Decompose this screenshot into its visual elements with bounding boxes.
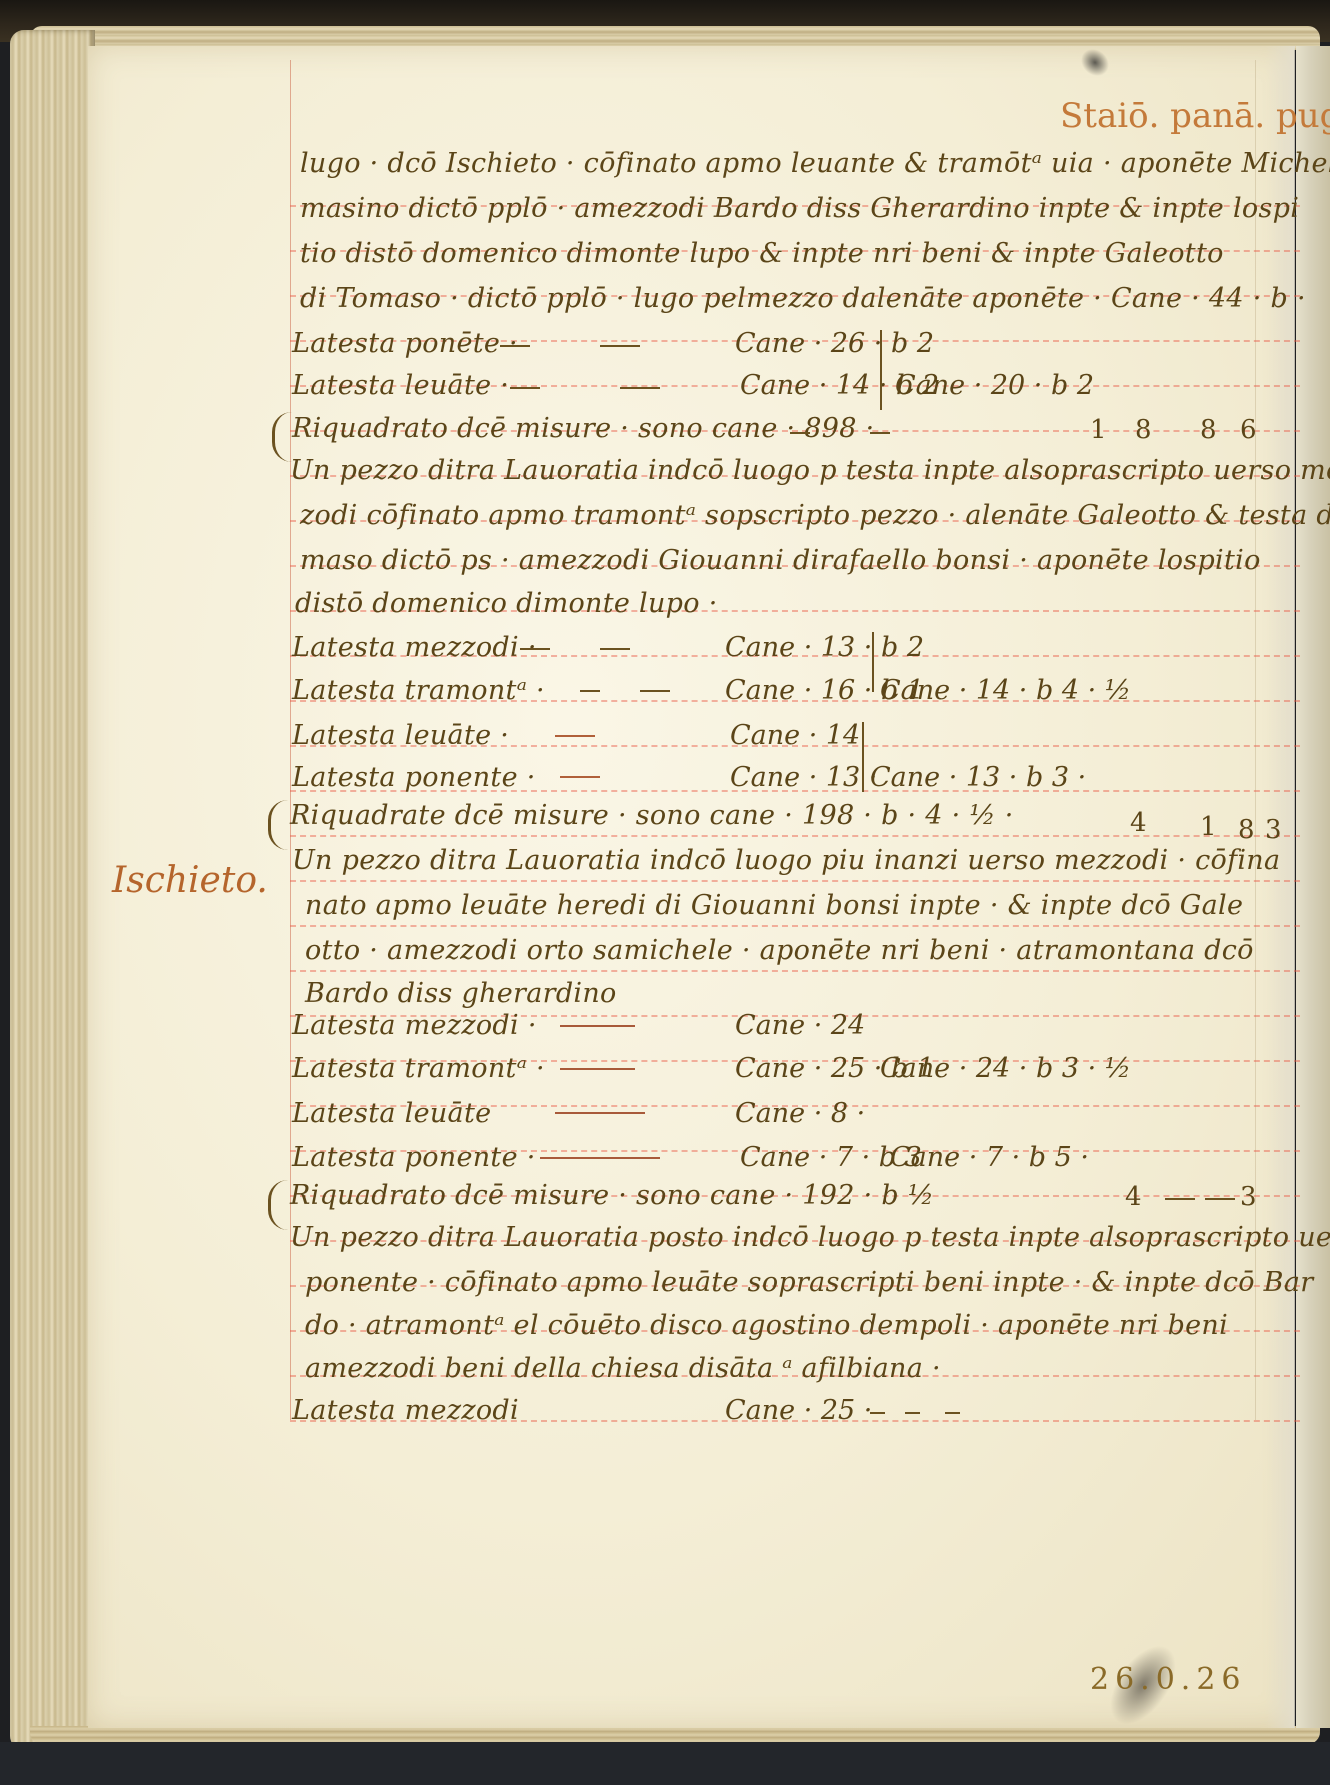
tally-value: 4 bbox=[1125, 1182, 1142, 1212]
measurement-combined: Cane · 20 · b 2 bbox=[895, 370, 1094, 401]
header-rubric: Staiō. panā. pugᵃ bᵃ bbox=[1060, 96, 1330, 136]
measurement-value: Cane · 14 bbox=[730, 720, 860, 751]
measurement-value: Cane · 13 · bbox=[730, 762, 877, 793]
tally-value: 6 bbox=[1240, 415, 1257, 445]
measurement-combined: Cane · 7 · b 5 · bbox=[890, 1142, 1089, 1173]
text-line: Bardo diss gherardino bbox=[305, 978, 617, 1009]
measurement-label: Latesta ponente · bbox=[292, 1142, 536, 1173]
measurement-label: Latesta leuāte · bbox=[292, 370, 509, 401]
text-line: tio distō domenico dimonte lupo & inpte … bbox=[300, 238, 1224, 269]
measurement-label: Latesta ponēte · bbox=[292, 328, 518, 359]
tally-value: 3 bbox=[1240, 1182, 1257, 1212]
tally-value: 4 bbox=[1130, 808, 1147, 838]
measurement-label: Latesta mezzodi · bbox=[292, 632, 537, 663]
margin-ruling-left bbox=[290, 60, 291, 1420]
background-surface bbox=[0, 1742, 1330, 1785]
measurement-combined: Cane · 14 · b 4 · ½ bbox=[880, 675, 1131, 706]
entry-summary: Riquadrato dcē misure · sono cane · 192 … bbox=[290, 1180, 934, 1211]
text-line: Un pezzo ditra Lauoratia indcō luogo piu… bbox=[292, 845, 1280, 876]
text-line: zodi cōfinato apmo tramontᵃ sopscripto p… bbox=[300, 500, 1330, 531]
measurement-value: Cane · 8 · bbox=[735, 1098, 865, 1129]
text-line: ponente · cōfinato apmo leuāte soprascri… bbox=[305, 1267, 1313, 1298]
entry-summary: Riquadrato dcē misure · sono cane · 898 … bbox=[292, 413, 874, 444]
text-line: maso dictō ps · amezzodi Giouanni dirafa… bbox=[300, 545, 1261, 576]
folio-number: 26.0.26 bbox=[1090, 1662, 1247, 1697]
measurement-label: Latesta mezzodi bbox=[292, 1395, 519, 1426]
text-line: distō domenico dimonte lupo · bbox=[295, 588, 718, 619]
text-line: amezzodi beni della chiesa disāta ᵃ afil… bbox=[305, 1353, 941, 1384]
text-line: do · atramontᵃ el cōuēto disco agostino … bbox=[305, 1310, 1228, 1341]
measurement-combined: Cane · 13 · b 3 · bbox=[870, 762, 1086, 793]
measurement-label: Latesta mezzodi · bbox=[292, 1010, 537, 1041]
tally-value: 8 bbox=[1200, 415, 1217, 445]
text-line: Un pezzo ditra Lauoratia posto indcō luo… bbox=[290, 1222, 1330, 1253]
entry-summary: Riquadrate dcē misure · sono cane · 198 … bbox=[290, 800, 1014, 831]
text-line: masino dictō pplō · amezzodi Bardo diss … bbox=[300, 193, 1299, 224]
margin-ruling-right bbox=[1255, 60, 1256, 1420]
text-line: nato apmo leuāte heredi di Giouanni bons… bbox=[305, 890, 1243, 921]
measurement-label: Latesta leuāte bbox=[292, 1098, 491, 1129]
margin-note: Ischieto. bbox=[112, 860, 268, 901]
measurement-value: Cane · 26 · b 2 bbox=[735, 328, 934, 359]
measurement-label: Latesta ponente · bbox=[292, 762, 536, 793]
text-line: otto · amezzodi orto samichele · aponēte… bbox=[305, 935, 1254, 966]
tally-value: 8 bbox=[1135, 415, 1152, 445]
text-line: lugo · dcō Ischieto · cōfinato apmo leua… bbox=[300, 148, 1330, 179]
measurement-label: Latesta leuāte · bbox=[292, 720, 509, 751]
text-line: di Tomaso · dictō pplō · lugo pelmezzo d… bbox=[300, 283, 1306, 314]
measurement-value: Cane · 13 · b 2 bbox=[725, 632, 924, 663]
page-edges-left bbox=[10, 30, 95, 1750]
measurement-value: Cane · 25 · bbox=[725, 1395, 872, 1426]
measurement-label: Latesta tramontᵃ · bbox=[292, 675, 545, 706]
text-line: Un pezzo ditra Lauoratia indcō luogo p t… bbox=[290, 455, 1330, 486]
tally-value: 1 bbox=[1200, 812, 1217, 842]
measurement-combined: Cane · 24 · b 3 · ½ bbox=[880, 1053, 1131, 1084]
tally-value: 8 bbox=[1238, 815, 1255, 845]
measurement-label: Latesta tramontᵃ · bbox=[292, 1053, 545, 1084]
measurement-value: Cane · 24 bbox=[735, 1010, 865, 1041]
tally-value: 1 bbox=[1090, 415, 1107, 445]
tally-value: 3 bbox=[1265, 815, 1282, 845]
